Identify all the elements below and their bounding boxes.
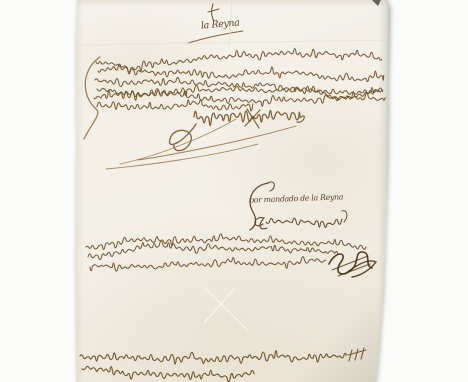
body-text-line <box>96 48 382 72</box>
docket-text-line <box>80 351 346 364</box>
manuscript-photo: la Reyna por mandado de la Reyna <box>0 0 468 382</box>
body-text-line <box>94 88 381 107</box>
secretary-initial-loop <box>255 218 267 229</box>
lower-text-line <box>86 234 366 250</box>
signature-descender-loop <box>169 124 196 151</box>
secretary-end-hook <box>342 211 347 222</box>
countersign-bracket-loop <box>268 182 274 191</box>
signature-rubric-diagonal-2 <box>106 144 258 169</box>
crease-bottom-fold-2 <box>204 289 234 323</box>
docket-end-marks <box>348 348 366 361</box>
body-text-line <box>98 64 384 81</box>
crease-horizontal <box>77 40 388 45</box>
signature-rubric-diagonal-1 <box>138 126 296 160</box>
lower-text-line <box>90 257 326 271</box>
corner-notch <box>372 0 381 6</box>
heading-underline-flourish <box>188 31 243 43</box>
crease-bottom-fold-1 <box>205 288 248 331</box>
body-left-paren-flourish <box>84 57 100 139</box>
countersign-bracket-stroke <box>250 183 268 230</box>
docket-text-line <box>82 366 254 381</box>
secretary-signature-line <box>266 218 342 227</box>
handwriting-layer <box>0 0 468 382</box>
